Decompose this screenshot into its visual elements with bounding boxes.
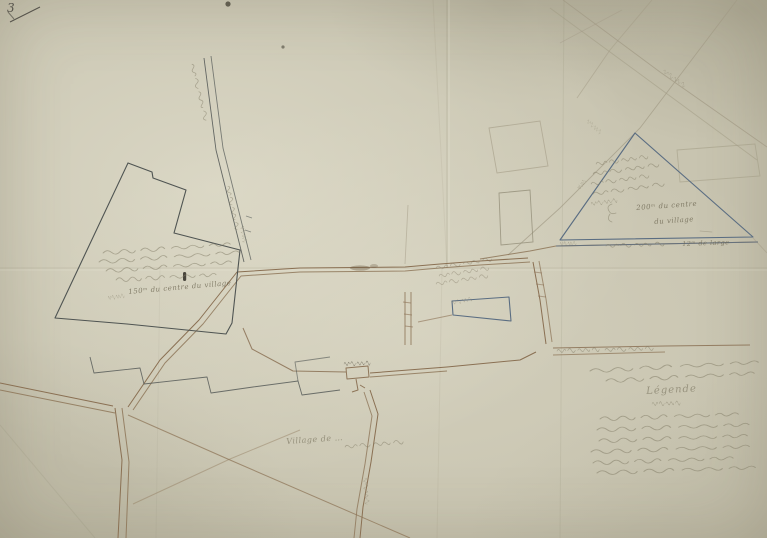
- map-drawing: [0, 0, 767, 538]
- pencil-roads: [405, 0, 767, 264]
- fold-creases: [0, 0, 767, 538]
- map-sheet: 3 150ᵐ du centre du village 200ᵐ du cent…: [0, 0, 767, 538]
- street-network: [0, 242, 758, 538]
- ink-spots: [183, 1, 378, 281]
- triangle-base-width-note: 12ᵐ de large: [682, 238, 730, 248]
- dark-ink-parcels: [55, 56, 340, 395]
- page-number: 3: [7, 1, 15, 15]
